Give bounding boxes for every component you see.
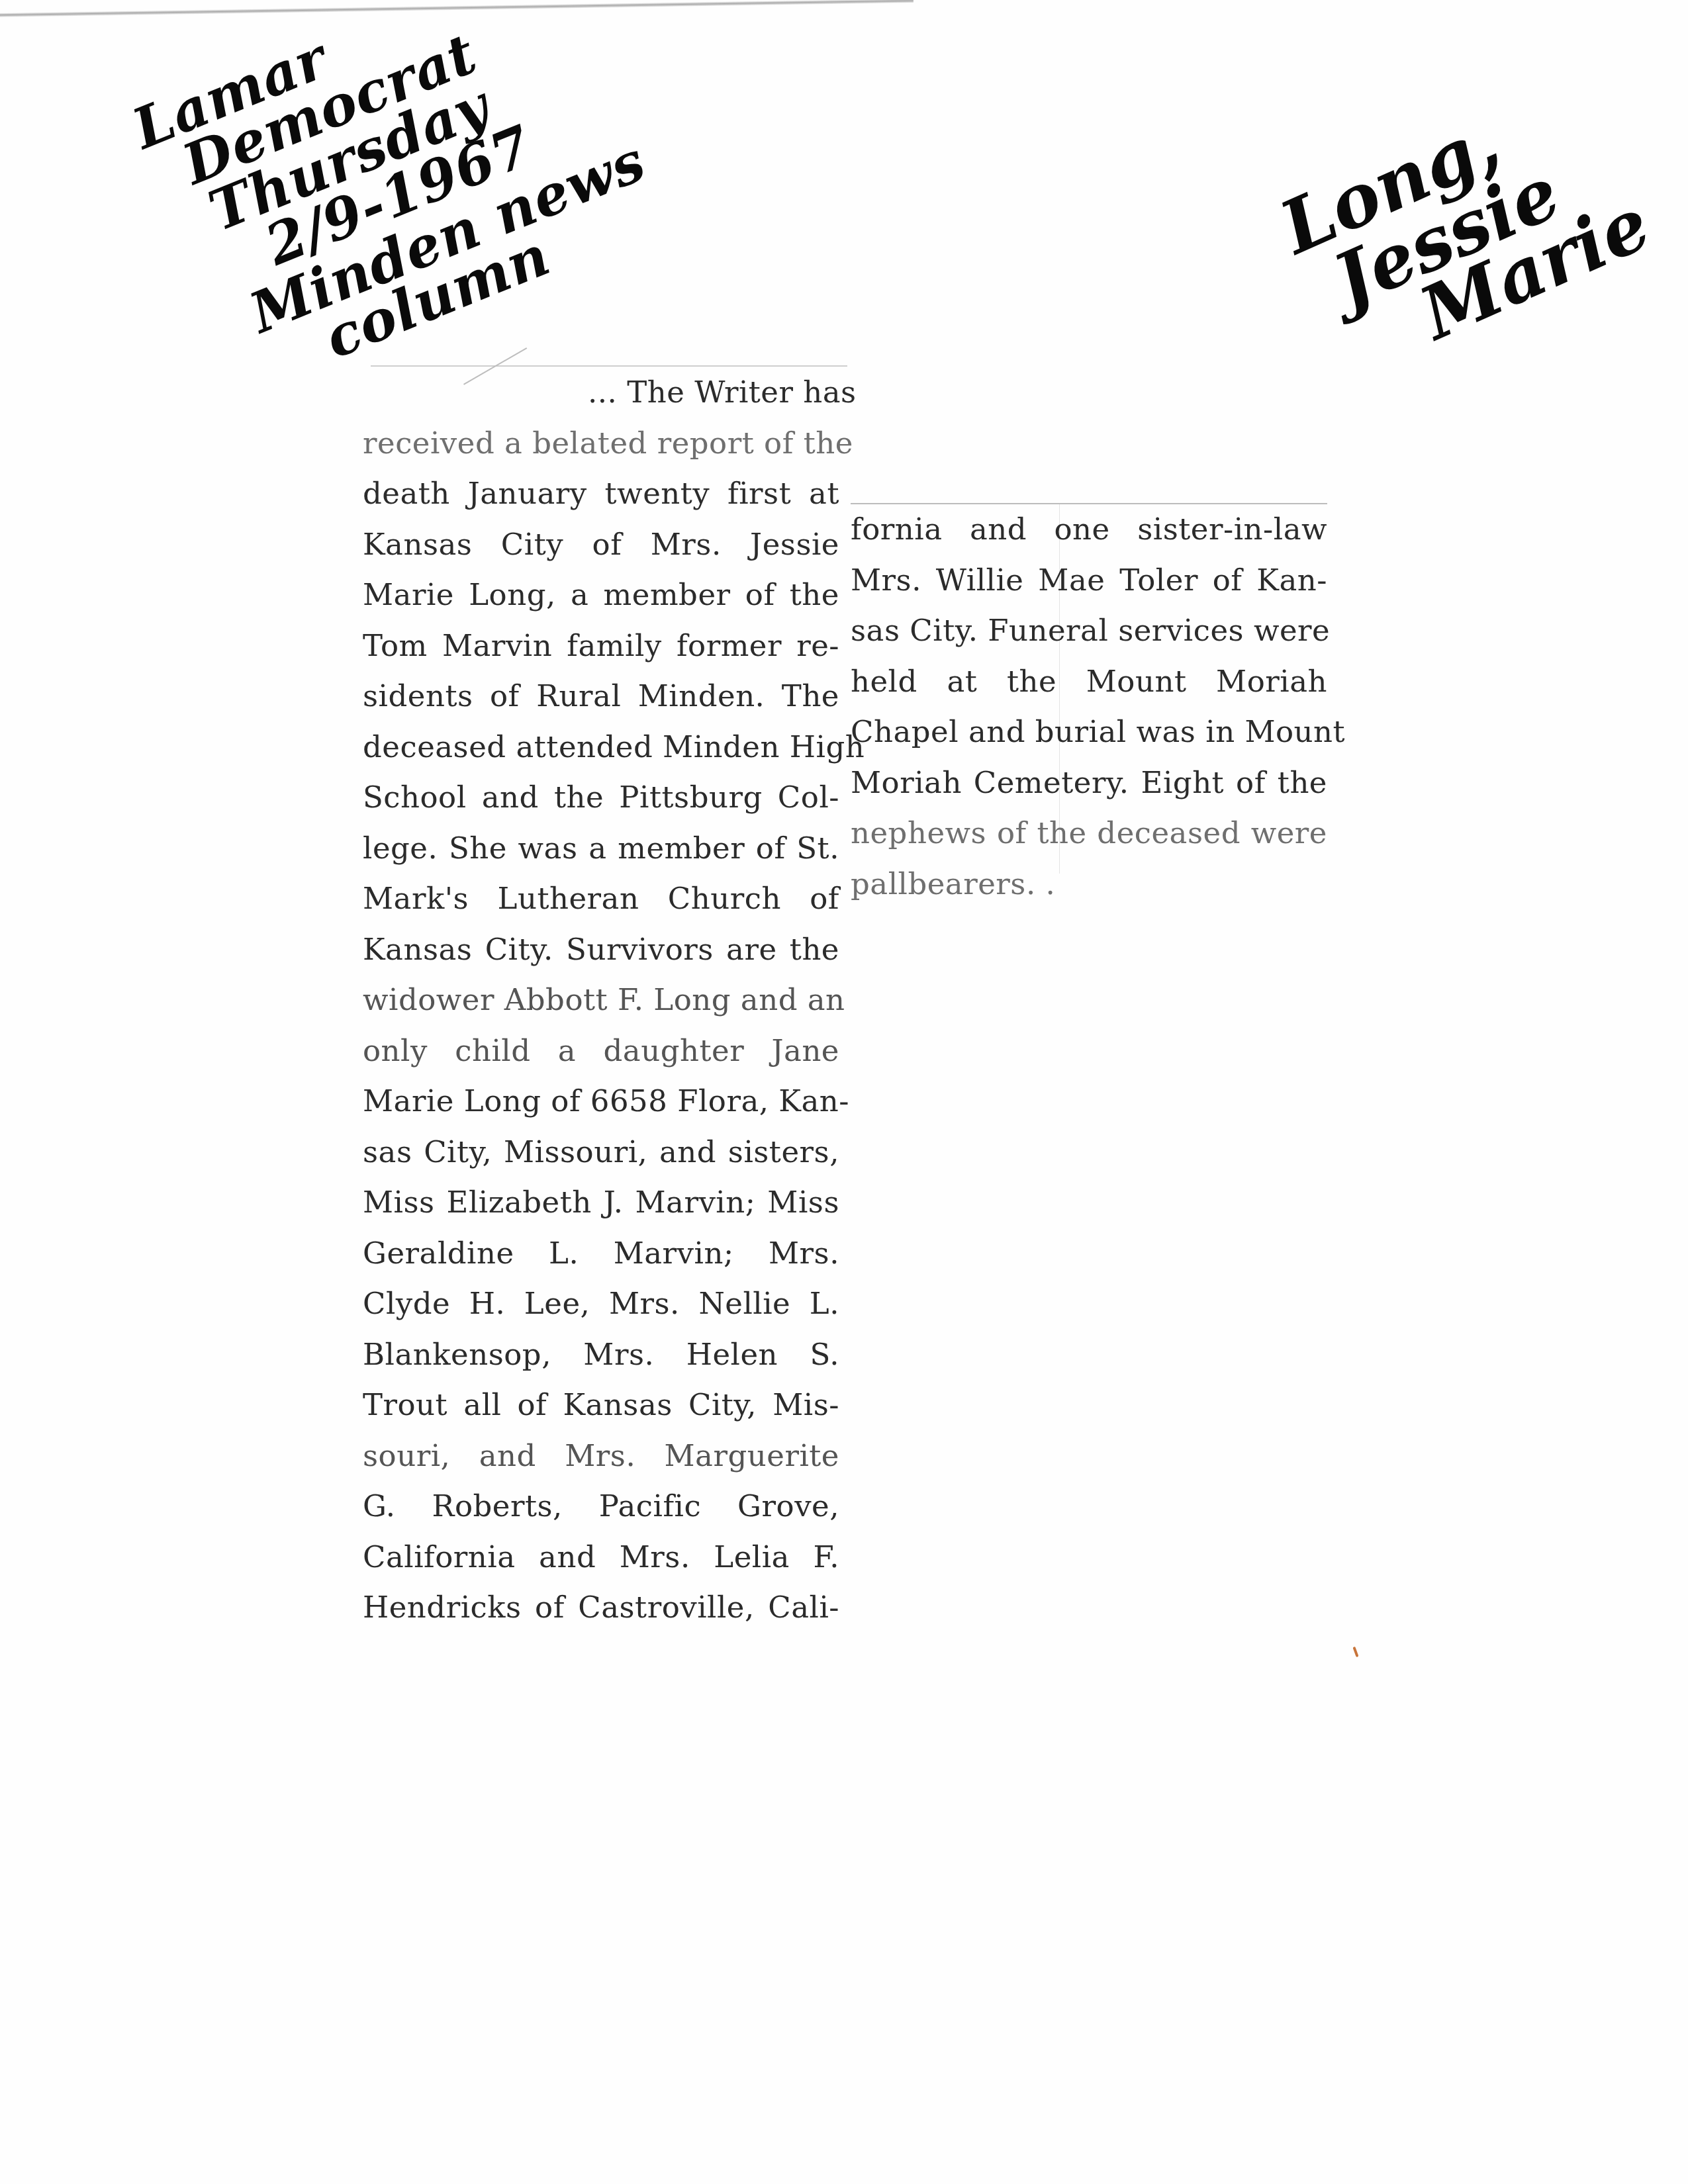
clipping-line: Miss Elizabeth J. Marvin; Miss bbox=[363, 1177, 839, 1228]
obituary-column-1: ... The Writer has received a belated re… bbox=[363, 367, 839, 1633]
clipping-line: Geraldine L. Marvin; Mrs. bbox=[363, 1228, 839, 1279]
clipping-line: received a belated report of the bbox=[363, 418, 839, 469]
clipping-line: Hendricks of Castroville, Cali- bbox=[363, 1582, 839, 1633]
clipping-line: Kansas City. Survivors are the bbox=[363, 925, 839, 976]
clipping-line: Mark's Lutheran Church of bbox=[363, 874, 839, 925]
clipping-line: lege. She was a member of St. bbox=[363, 823, 839, 874]
handwritten-source-note: Lamar Democrat Thursday 2/9-1967 Minden … bbox=[126, 0, 672, 404]
clipping-line: deceased attended Minden High bbox=[363, 722, 839, 773]
obituary-column-2: fornia and one sister-in-law Mrs. Willie… bbox=[851, 503, 1327, 909]
clipping-line: only child a daughter Jane bbox=[363, 1026, 839, 1077]
clipping-line: sas City. Funeral services were bbox=[851, 606, 1327, 657]
clipping-line: Mrs. Willie Mae Toler of Kan- bbox=[851, 555, 1327, 606]
clipping-line: Blankensop, Mrs. Helen S. bbox=[363, 1330, 839, 1381]
clipping-line: Tom Marvin family former re- bbox=[363, 621, 839, 672]
clipping-line: Kansas City of Mrs. Jessie bbox=[363, 520, 839, 570]
handwritten-subject-note: Long, Jessie Marie bbox=[1271, 64, 1660, 388]
clipping-line: sidents of Rural Minden. The bbox=[363, 671, 839, 722]
clipping-line: sas City, Missouri, and sisters, bbox=[363, 1127, 839, 1178]
clipping-line: School and the Pittsburg Col- bbox=[363, 772, 839, 823]
clipping-line: fornia and one sister-in-law bbox=[851, 504, 1327, 555]
clipping-line: ... The Writer has bbox=[363, 367, 839, 418]
scan-speck bbox=[1352, 1647, 1358, 1657]
clipping-line: Moriah Cemetery. Eight of the bbox=[851, 758, 1327, 809]
clipping-line: held at the Mount Moriah bbox=[851, 657, 1327, 707]
clipping-line: G. Roberts, Pacific Grove, bbox=[363, 1481, 839, 1532]
clipping-line: California and Mrs. Lelia F. bbox=[363, 1532, 839, 1583]
clipping-line: Trout all of Kansas City, Mis- bbox=[363, 1380, 839, 1431]
clipping-cut-edge bbox=[371, 365, 847, 367]
clipping-line: Marie Long, a member of the bbox=[363, 570, 839, 621]
clipping-line: death January twenty first at bbox=[363, 469, 839, 520]
clipping-line: Chapel and burial was in Mount bbox=[851, 707, 1327, 758]
clipping-line: nephews of the deceased were bbox=[851, 808, 1327, 859]
clipping-line: Marie Long of 6658 Flora, Kan- bbox=[363, 1076, 839, 1127]
clipping-line: souri, and Mrs. Marguerite bbox=[363, 1431, 839, 1482]
clipping-line: widower Abbott F. Long and an bbox=[363, 975, 839, 1026]
clipping-line: Clyde H. Lee, Mrs. Nellie L. bbox=[363, 1279, 839, 1330]
clipping-line: pallbearers. . bbox=[851, 859, 1327, 910]
